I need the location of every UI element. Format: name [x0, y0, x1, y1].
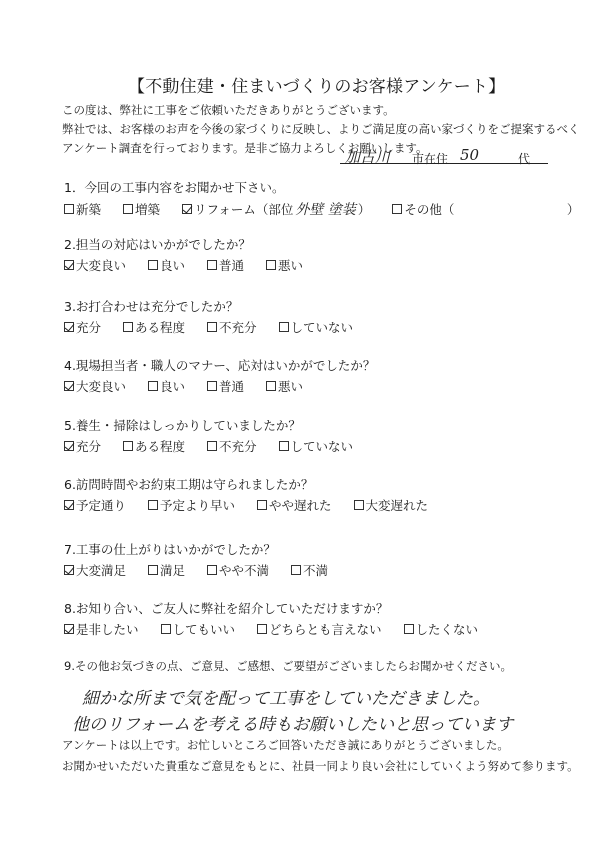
- option[interactable]: 大変遅れた: [354, 496, 429, 514]
- question-5: 5.養生・掃除はしっかりしていましたか？: [64, 416, 301, 434]
- checkbox-checked[interactable]: [64, 624, 74, 634]
- question-2-options: 大変良い 良い 普通 悪い: [64, 256, 325, 274]
- option[interactable]: ある程度: [123, 318, 185, 336]
- question-4: 4.現場担当者・職人のマナー、応対はいかがでしたか？: [64, 356, 375, 374]
- q9-answer-line[interactable]: 他のリフォームを考える時もお願いしたいと思っています: [72, 710, 513, 735]
- option[interactable]: どちらとも言えない: [257, 620, 382, 638]
- checkbox[interactable]: [64, 204, 74, 214]
- checkbox[interactable]: [291, 565, 301, 575]
- option-other[interactable]: その他（ ）: [392, 199, 579, 219]
- checkbox[interactable]: [279, 322, 289, 332]
- checkbox[interactable]: [207, 565, 217, 575]
- option[interactable]: 充分: [64, 437, 101, 455]
- checkbox[interactable]: [207, 260, 217, 270]
- checkbox[interactable]: [257, 500, 267, 510]
- option[interactable]: やや遅れた: [257, 496, 332, 514]
- checkbox-checked[interactable]: [64, 441, 74, 451]
- question-1: 1．今回の工事内容をお聞かせ下さい。: [64, 178, 284, 196]
- reform-part-handwritten[interactable]: 外壁 塗装: [295, 199, 355, 219]
- option-reform[interactable]: リフォーム（部位外壁 塗装）: [182, 199, 370, 219]
- checkbox[interactable]: [207, 381, 217, 391]
- question-6-options: 予定通り 予定より早い やや遅れた 大変遅れた: [64, 496, 450, 514]
- option[interactable]: したくない: [404, 620, 479, 638]
- question-5-options: 充分 ある程度 不充分 していない: [64, 437, 375, 455]
- option[interactable]: 不満: [291, 561, 328, 579]
- checkbox[interactable]: [279, 441, 289, 451]
- option[interactable]: 大変良い: [64, 377, 126, 395]
- residence-underline: [340, 163, 548, 164]
- checkbox[interactable]: [266, 381, 276, 391]
- option[interactable]: 普通: [207, 256, 244, 274]
- checkbox-checked[interactable]: [64, 322, 74, 332]
- option[interactable]: 不充分: [207, 318, 257, 336]
- option[interactable]: 良い: [148, 377, 185, 395]
- checkbox-checked[interactable]: [64, 565, 74, 575]
- city-label: 市在住: [412, 150, 448, 167]
- checkbox[interactable]: [123, 322, 133, 332]
- checkbox[interactable]: [404, 624, 414, 634]
- option[interactable]: 悪い: [266, 377, 303, 395]
- intro-line: 弊社では、お客様のお声を今後の家づくりに反映し、よりご満足度の高い家づくりをご提…: [62, 121, 580, 137]
- option[interactable]: 悪い: [266, 256, 303, 274]
- option[interactable]: 充分: [64, 318, 101, 336]
- checkbox[interactable]: [123, 441, 133, 451]
- option[interactable]: 普通: [207, 377, 244, 395]
- option[interactable]: 大変良い: [64, 256, 126, 274]
- option[interactable]: 不充分: [207, 437, 257, 455]
- option[interactable]: やや不満: [207, 561, 269, 579]
- option-new-build[interactable]: 新築: [64, 199, 101, 219]
- q9-answer-line[interactable]: 細かな所まで気を配って工事をしていただきました。: [82, 684, 490, 709]
- question-3-options: 充分 ある程度 不充分 していない: [64, 318, 375, 336]
- checkbox[interactable]: [148, 500, 158, 510]
- checkbox[interactable]: [161, 624, 171, 634]
- option[interactable]: していない: [279, 437, 354, 455]
- age-label: 代: [518, 150, 530, 167]
- checkbox[interactable]: [148, 381, 158, 391]
- question-1-options: 新築 増築 リフォーム（部位外壁 塗装） その他（ ）: [64, 199, 600, 219]
- question-8: 8.お知り合い、ご友人に弊社を紹介していただけますか？: [64, 599, 388, 617]
- option[interactable]: 大変満足: [64, 561, 126, 579]
- option[interactable]: 良い: [148, 256, 185, 274]
- checkbox-checked[interactable]: [64, 381, 74, 391]
- option[interactable]: ある程度: [123, 437, 185, 455]
- question-6: 6.訪問時間やお約束工期は守られましたか？: [64, 475, 313, 493]
- question-4-options: 大変良い 良い 普通 悪い: [64, 377, 325, 395]
- checkbox[interactable]: [257, 624, 267, 634]
- question-2: 2.担当の対応はいかがでしたか？: [64, 235, 251, 253]
- option[interactable]: してもいい: [161, 620, 236, 638]
- checkbox[interactable]: [392, 204, 402, 214]
- question-7-options: 大変満足 満足 やや不満 不満: [64, 561, 350, 579]
- question-7: 7.工事の仕上がりはいかがでしたか？: [64, 540, 276, 558]
- checkbox-checked[interactable]: [64, 260, 74, 270]
- checkbox[interactable]: [148, 565, 158, 575]
- option[interactable]: していない: [279, 318, 354, 336]
- closing-line: アンケートは以上です。お忙しいところご回答いただき誠にありがとうございました。: [62, 737, 509, 753]
- checkbox[interactable]: [123, 204, 133, 214]
- question-3: 3.お打合わせは充分でしたか？: [64, 297, 238, 315]
- checkbox[interactable]: [148, 260, 158, 270]
- closing-line: お聞かせいただいた貴重なご意見をもとに、社員一同より良い会社にしていくよう努めて…: [62, 758, 579, 774]
- option[interactable]: 是非したい: [64, 620, 139, 638]
- intro-line: この度は、弊社に工事をご依頼いただきありがとうございます。: [62, 102, 395, 118]
- checkbox[interactable]: [354, 500, 364, 510]
- checkbox-checked[interactable]: [182, 204, 192, 214]
- age-handwritten[interactable]: 50: [460, 146, 479, 164]
- option[interactable]: 満足: [148, 561, 185, 579]
- option[interactable]: 予定より早い: [148, 496, 235, 514]
- checkbox-checked[interactable]: [64, 500, 74, 510]
- question-9: 9.その他お気づきの点、ご意見、ご感想、ご要望がございましたらお聞かせください。: [64, 658, 512, 674]
- option-extension[interactable]: 増築: [123, 199, 160, 219]
- checkbox[interactable]: [207, 322, 217, 332]
- checkbox[interactable]: [266, 260, 276, 270]
- survey-title: 【不動住建・住まいづくりのお客様アンケート】: [128, 72, 505, 97]
- option[interactable]: 予定通り: [64, 496, 126, 514]
- checkbox[interactable]: [207, 441, 217, 451]
- question-8-options: 是非したい してもいい どちらとも言えない したくない: [64, 620, 500, 638]
